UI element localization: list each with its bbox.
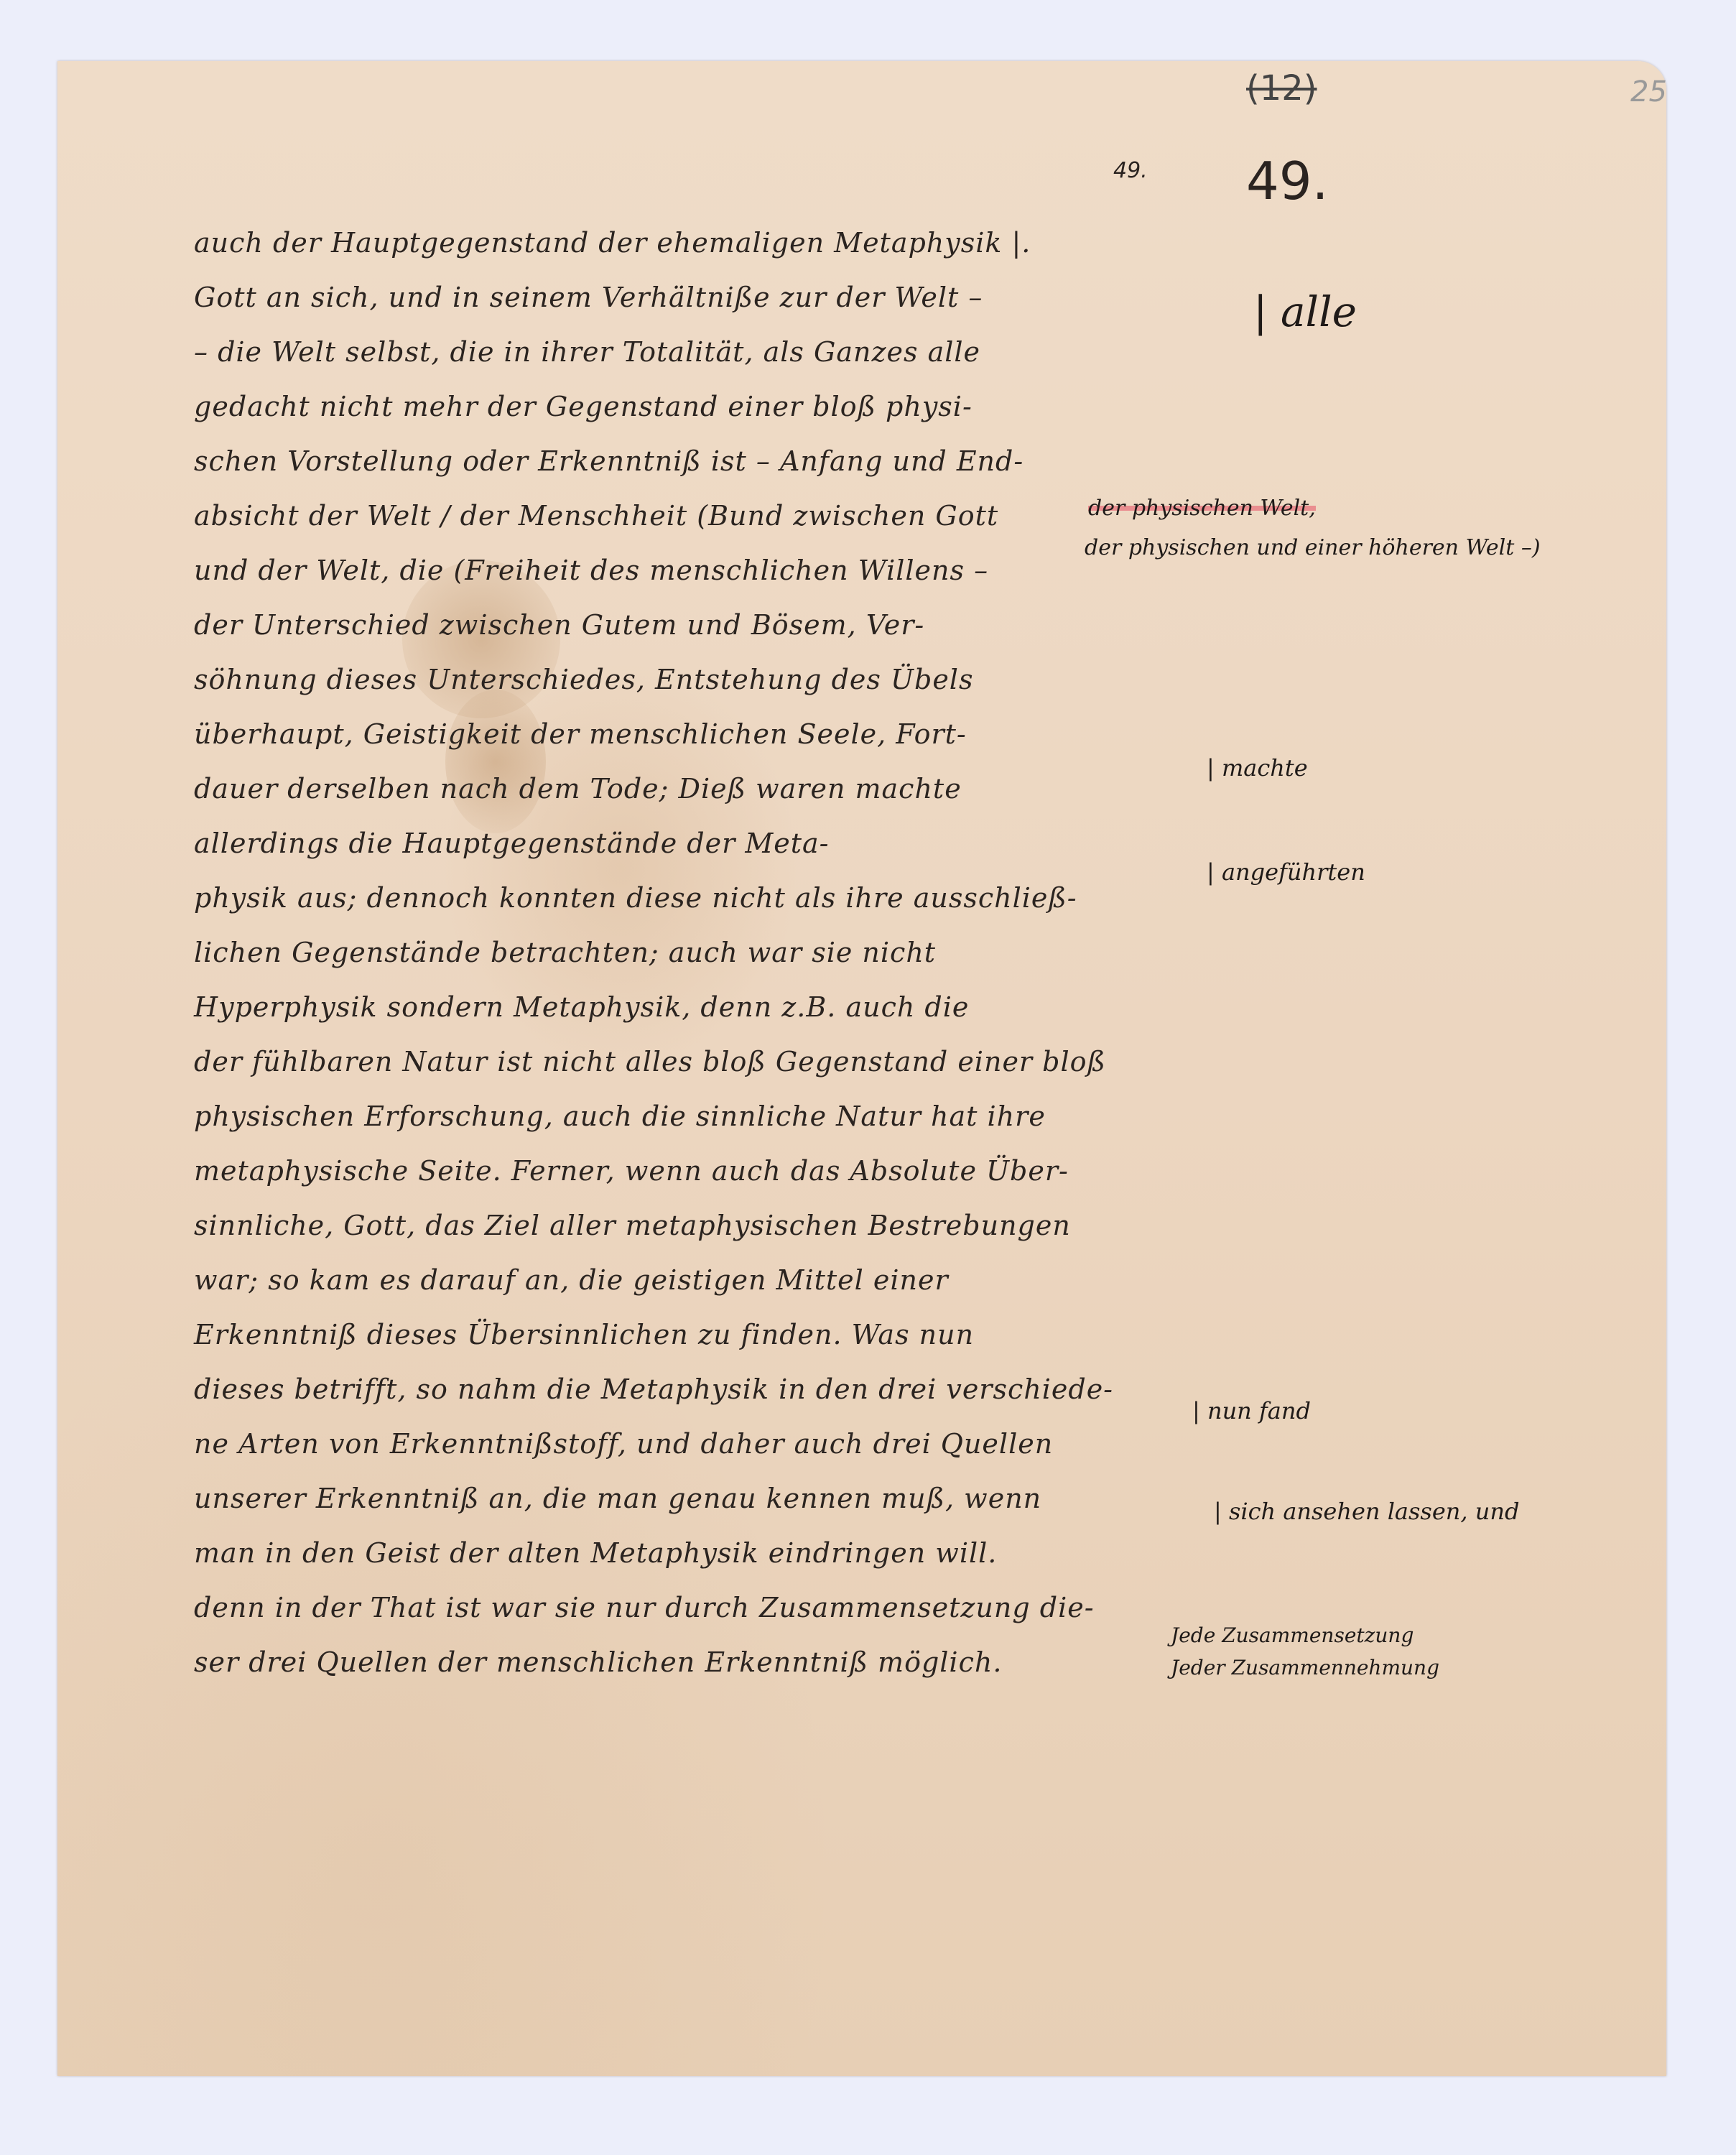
text-line: ser drei Quellen der menschlichen Erkenn… (194, 1635, 1214, 1690)
text-line: unserer Erkenntniß an, die man genau ken… (194, 1471, 1214, 1526)
text-line: war; so kam es darauf an, die geistigen … (194, 1253, 1214, 1307)
text-line: metaphysische Seite. Ferner, wenn auch d… (194, 1144, 1214, 1198)
page-number: 49. (1246, 151, 1329, 211)
text-line: und der Welt, die (Freiheit des menschli… (194, 543, 1214, 598)
text-line: man in den Geist der alten Metaphysik ei… (194, 1526, 1214, 1580)
margin-note-ansehen: | sich ansehen lassen, und (1214, 1498, 1519, 1525)
text-line: dauer derselben nach dem Tode; Dieß ware… (194, 761, 1214, 816)
text-line: Erkenntniß dieses Übersinnlichen zu find… (194, 1307, 1214, 1362)
text-line: physik aus; dennoch konnten diese nicht … (194, 871, 1214, 925)
margin-note-zusammensetzung: Jede Zusammensetzung (1171, 1623, 1414, 1647)
margin-note-physische-welt: der physischen Welt, (1088, 496, 1316, 521)
struck-folio-number: (12) (1246, 68, 1317, 108)
text-line: sinnliche, Gott, das Ziel aller metaphys… (194, 1198, 1214, 1253)
text-line: absicht der Welt / der Menschheit (Bund … (194, 488, 1214, 543)
text-line: schen Vorstellung oder Erkenntniß ist – … (194, 434, 1214, 488)
margin-note-machte: | machte (1207, 754, 1308, 782)
text-line: gedacht nicht mehr der Gegenstand einer … (194, 379, 1214, 434)
text-line: der fühlbaren Natur ist nicht alles bloß… (194, 1034, 1214, 1089)
margin-note-angefuehrten: | angeführten (1207, 858, 1365, 886)
text-line: Gott an sich, und in seinem Verhältniße … (194, 270, 1214, 325)
margin-note-alle: | alle (1253, 287, 1357, 336)
text-line: ne Arten von Erkenntnißstoff, und daher … (194, 1417, 1214, 1471)
text-line: überhaupt, Geistigkeit der menschlichen … (194, 707, 1214, 761)
text-line: söhnung dieses Unterschiedes, Entstehung… (194, 652, 1214, 707)
small-page-number: 49. (1113, 158, 1148, 183)
text-line: – die Welt selbst, die in ihrer Totalitä… (194, 325, 1214, 379)
corner-number: 25 (1630, 75, 1667, 108)
manuscript-body: auch der Hauptgegenstand der ehemaligen … (194, 215, 1214, 1690)
text-line: Hyperphysik sondern Metaphysik, denn z.B… (194, 980, 1214, 1034)
text-line: lichen Gegenstände betrachten; auch war … (194, 925, 1214, 980)
text-line: physischen Erforschung, auch die sinnlic… (194, 1089, 1214, 1144)
text-line: dieses betrifft, so nahm die Metaphysik … (194, 1362, 1214, 1417)
text-line: denn in der That ist war sie nur durch Z… (194, 1580, 1214, 1635)
margin-note-zusammennehmung: Jeder Zusammennehmung (1171, 1656, 1439, 1679)
margin-note-nun-fand: | nun fand (1192, 1397, 1311, 1424)
margin-note-hoehere-welt: der physischen und einer höheren Welt –) (1085, 535, 1541, 560)
text-line: auch der Hauptgegenstand der ehemaligen … (194, 215, 1214, 270)
text-line: allerdings die Hauptgegenstände der Meta… (194, 816, 1214, 871)
text-line: der Unterschied zwischen Gutem und Bösem… (194, 598, 1214, 652)
